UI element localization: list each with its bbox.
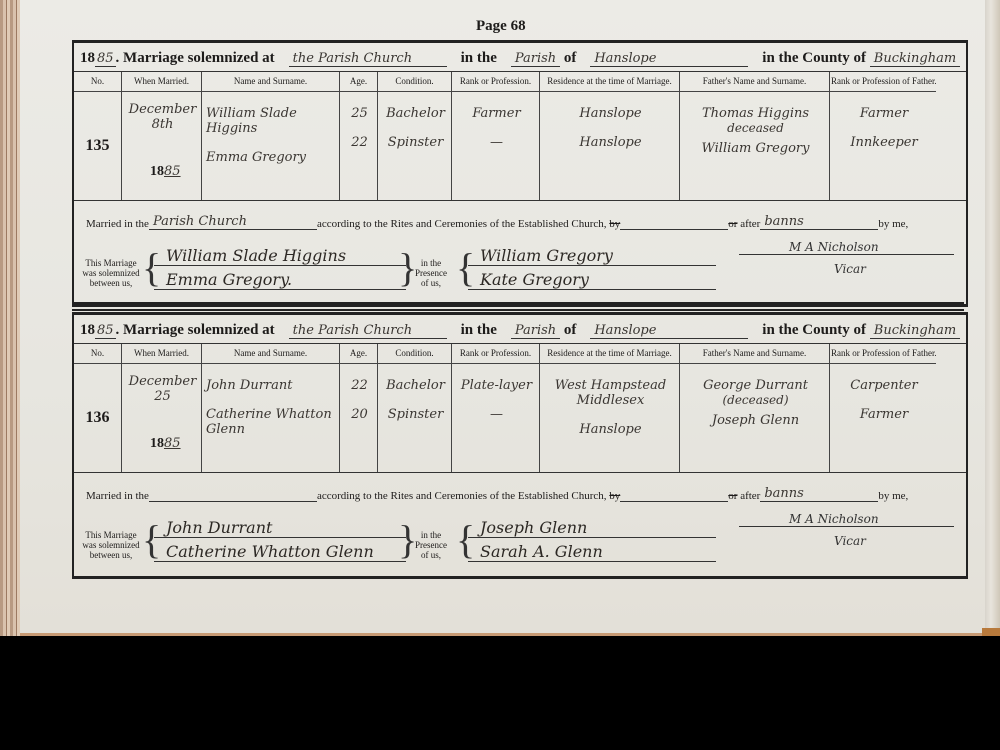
parties-1-rank: — [490, 407, 503, 422]
form-label: in the [461, 322, 497, 339]
witness-signature-2: Sarah A. Glenn [468, 542, 716, 562]
solemnized-at-label: Marriage solemnized at [123, 50, 275, 67]
parties-0-condition: Bachelor [386, 106, 445, 121]
parties-0-name: William Slade Higgins [206, 106, 337, 136]
parties-0-rank: Plate-layer [461, 378, 532, 393]
form-label: by me, [878, 490, 908, 502]
when-married-cell: December 8th 1885 [122, 92, 202, 200]
header-father-rank: Rank or Profession of Father. [830, 72, 936, 92]
entry-number: 136 [74, 364, 122, 472]
form-label: 18 [150, 436, 164, 451]
after-value: banns [760, 214, 878, 230]
marriage-entry-136: 1885 . Marriage solemnized at the Parish… [72, 312, 968, 579]
entry-row: 136 December 25 1885 John DurrantCatheri… [74, 364, 966, 472]
marriage-entry-135: 1885 . Marriage solemnized at the Parish… [72, 40, 968, 307]
entry-separator [72, 302, 964, 311]
form-label: Married in the [86, 218, 149, 230]
form-label: Presence [406, 268, 456, 278]
entry-title-line: 1885 . Marriage solemnized at the Parish… [74, 312, 966, 344]
parties-0-name: John Durrant [206, 378, 337, 393]
names-cell: John DurrantCatherine Whatton Glenn [202, 364, 340, 472]
header-father-name: Father's Name and Surname. [680, 72, 830, 92]
parties-0-father-rank: Carpenter [850, 378, 917, 393]
parties-0-condition: Bachelor [386, 378, 445, 393]
header-residence: Residence at the time of Marriage. [540, 344, 680, 364]
header-age: Age. [340, 344, 378, 364]
header-name: Name and Surname. [202, 344, 340, 364]
parties-1-condition: Spinster [388, 407, 444, 422]
header-rank: Rank or Profession. [452, 72, 540, 92]
after-value: banns [760, 486, 878, 502]
witness-signature-2: Kate Gregory [468, 270, 716, 290]
minister-signature: M A Nicholson [739, 240, 954, 255]
parties-1-father: William Gregory [702, 141, 810, 156]
married-in-line: Married in theParish Church according to… [74, 200, 966, 236]
entry-title-line: 1885 . Marriage solemnized at the Parish… [74, 40, 966, 72]
rank-cell: Plate-layer— [452, 364, 540, 472]
parties-1-name: Catherine Whatton Glenn [206, 407, 337, 437]
party-signature-2: Catherine Whatton Glenn [154, 542, 406, 562]
header-no: No. [74, 72, 122, 92]
parties-1-father-rank: Innkeeper [850, 135, 917, 150]
form-label: of us, [406, 550, 456, 560]
form-label: This Marriage [76, 258, 146, 268]
parties-0-father-note: deceased [727, 121, 784, 135]
condition-cell: BachelorSpinster [378, 92, 452, 200]
parties-0-father: George Durrant [703, 378, 808, 393]
form-label: by [609, 218, 620, 230]
form-label: 18 [150, 164, 164, 179]
when-married-day: 8th [152, 117, 174, 132]
when-married-year-suffix: 85 [164, 436, 181, 451]
header-name: Name and Surname. [202, 72, 340, 92]
married-in-line: Married in the according to the Rites an… [74, 472, 966, 508]
form-label: according to the Rites and Ceremonies of… [317, 218, 607, 230]
page-fold-edge [985, 0, 1000, 636]
residence-cell: HanslopeHanslope [540, 92, 680, 200]
parties-1-residence: Hanslope [579, 135, 641, 150]
entry-number: 135 [74, 92, 122, 200]
header-father-name: Father's Name and Surname. [680, 344, 830, 364]
form-label: of [564, 50, 577, 67]
father-rank-cell: CarpenterFarmer [830, 364, 936, 472]
form-label: between us, [76, 278, 146, 288]
parties-0-age: 22 [351, 378, 368, 393]
father-rank-cell: FarmerInnkeeper [830, 92, 936, 200]
form-label: in the County of [762, 322, 866, 339]
page-number: Page 68 [476, 18, 526, 35]
when-married-day: 25 [154, 389, 171, 404]
form-label: Presence [406, 540, 456, 550]
parties-1-father-rank: Farmer [860, 407, 908, 422]
form-label: was solemnized [76, 268, 146, 278]
form-label: after [740, 218, 760, 230]
form-label: was solemnized [76, 540, 146, 550]
when-married-month: December [129, 102, 197, 117]
parties-0-age: 25 [351, 106, 368, 121]
entry-row: 135 December 8th 1885 William Slade Higg… [74, 92, 966, 200]
party-signature-1: William Slade Higgins [154, 246, 406, 266]
form-label: or [728, 490, 737, 502]
when-married-cell: December 25 1885 [122, 364, 202, 472]
place-value: the Parish Church [289, 323, 447, 339]
parties-1-father: Joseph Glenn [712, 413, 799, 428]
parties-1-condition: Spinster [388, 135, 444, 150]
form-label: in the County of [762, 50, 866, 67]
solemnized-between-label: This Marriagewas solemnizedbetween us, [76, 258, 146, 288]
year-label: 1885 [80, 322, 116, 339]
year-suffix: 85 [95, 51, 116, 67]
married-in-value: Parish Church [149, 214, 317, 230]
form-label: in the [406, 258, 456, 268]
parties-1-name: Emma Gregory [206, 150, 337, 165]
header-when-married: When Married. [122, 344, 202, 364]
party-signature-1: John Durrant [154, 518, 406, 538]
witness-signature-1: Joseph Glenn [468, 518, 716, 538]
parties-1-age: 22 [351, 135, 368, 150]
book-page-edges [0, 0, 22, 636]
form-label: 18 [80, 50, 95, 66]
form-label: by me, [878, 218, 908, 230]
form-label: 18 [80, 322, 95, 338]
form-label: between us, [76, 550, 146, 560]
book-cover-corner [982, 628, 1000, 636]
father-name-cell: George Durrant(deceased)Joseph Glenn [680, 364, 830, 472]
father-name-cell: Thomas HigginsdeceasedWilliam Gregory [680, 92, 830, 200]
presence-label: in thePresenceof us, [406, 258, 456, 288]
solemnized-between-label: This Marriagewas solemnizedbetween us, [76, 530, 146, 560]
county-value: Buckingham [870, 51, 960, 67]
ages-cell: 2522 [340, 92, 378, 200]
parties-0-residence: West Hampstead Middlesex [551, 378, 671, 408]
year-label: 1885 [80, 50, 116, 67]
district-value: Hanslope [590, 51, 748, 67]
residence-cell: West Hampstead MiddlesexHanslope [540, 364, 680, 472]
ages-cell: 2220 [340, 364, 378, 472]
parties-0-father-note: (deceased) [722, 393, 788, 407]
minister-signature: M A Nicholson [739, 512, 954, 527]
condition-cell: BachelorSpinster [378, 364, 452, 472]
names-cell: William Slade HigginsEmma Gregory [202, 92, 340, 200]
parties-1-residence: Hanslope [579, 422, 641, 437]
form-label: in the [406, 530, 456, 540]
minister-title: Vicar [834, 262, 866, 276]
form-label: This Marriage [76, 530, 146, 540]
header-rank: Rank or Profession. [452, 344, 540, 364]
column-headers: No. When Married. Name and Surname. Age.… [74, 72, 966, 92]
rank-cell: Farmer— [452, 92, 540, 200]
year-suffix: 85 [95, 323, 116, 339]
form-label: according to the Rites and Ceremonies of… [317, 490, 607, 502]
county-value: Buckingham [870, 323, 960, 339]
when-married-month: December [129, 374, 197, 389]
district-type-value: Parish [511, 323, 560, 339]
when-married-year-suffix: 85 [164, 164, 181, 179]
header-no: No. [74, 344, 122, 364]
header-when-married: When Married. [122, 72, 202, 92]
header-age: Age. [340, 72, 378, 92]
signature-block: This Marriagewas solemnizedbetween us, {… [74, 236, 966, 307]
header-residence: Residence at the time of Marriage. [540, 72, 680, 92]
signature-block: This Marriagewas solemnizedbetween us, {… [74, 508, 966, 579]
presence-label: in thePresenceof us, [406, 530, 456, 560]
form-label: Married in the [86, 490, 149, 502]
witness-signature-1: William Gregory [468, 246, 716, 266]
parties-0-residence: Hanslope [579, 106, 641, 121]
form-label: of [564, 322, 577, 339]
parties-1-rank: — [490, 135, 503, 150]
form-label: after [740, 490, 760, 502]
header-condition: Condition. [378, 72, 452, 92]
married-in-value [149, 501, 317, 502]
place-value: the Parish Church [289, 51, 447, 67]
column-headers: No. When Married. Name and Surname. Age.… [74, 344, 966, 364]
header-condition: Condition. [378, 344, 452, 364]
parties-0-father-rank: Farmer [860, 106, 908, 121]
form-label: by [609, 490, 620, 502]
solemnized-at-label: Marriage solemnized at [123, 322, 275, 339]
minister-title: Vicar [834, 534, 866, 548]
form-label: of us, [406, 278, 456, 288]
parties-0-father: Thomas Higgins [702, 106, 809, 121]
form-label: in the [461, 50, 497, 67]
by-value [620, 501, 728, 502]
parties-0-rank: Farmer [472, 106, 520, 121]
by-value [620, 229, 728, 230]
parties-1-age: 20 [351, 407, 368, 422]
form-label: or [728, 218, 737, 230]
header-father-rank: Rank or Profession of Father. [830, 344, 936, 364]
party-signature-2: Emma Gregory. [154, 270, 406, 290]
district-type-value: Parish [511, 51, 560, 67]
district-value: Hanslope [590, 323, 748, 339]
